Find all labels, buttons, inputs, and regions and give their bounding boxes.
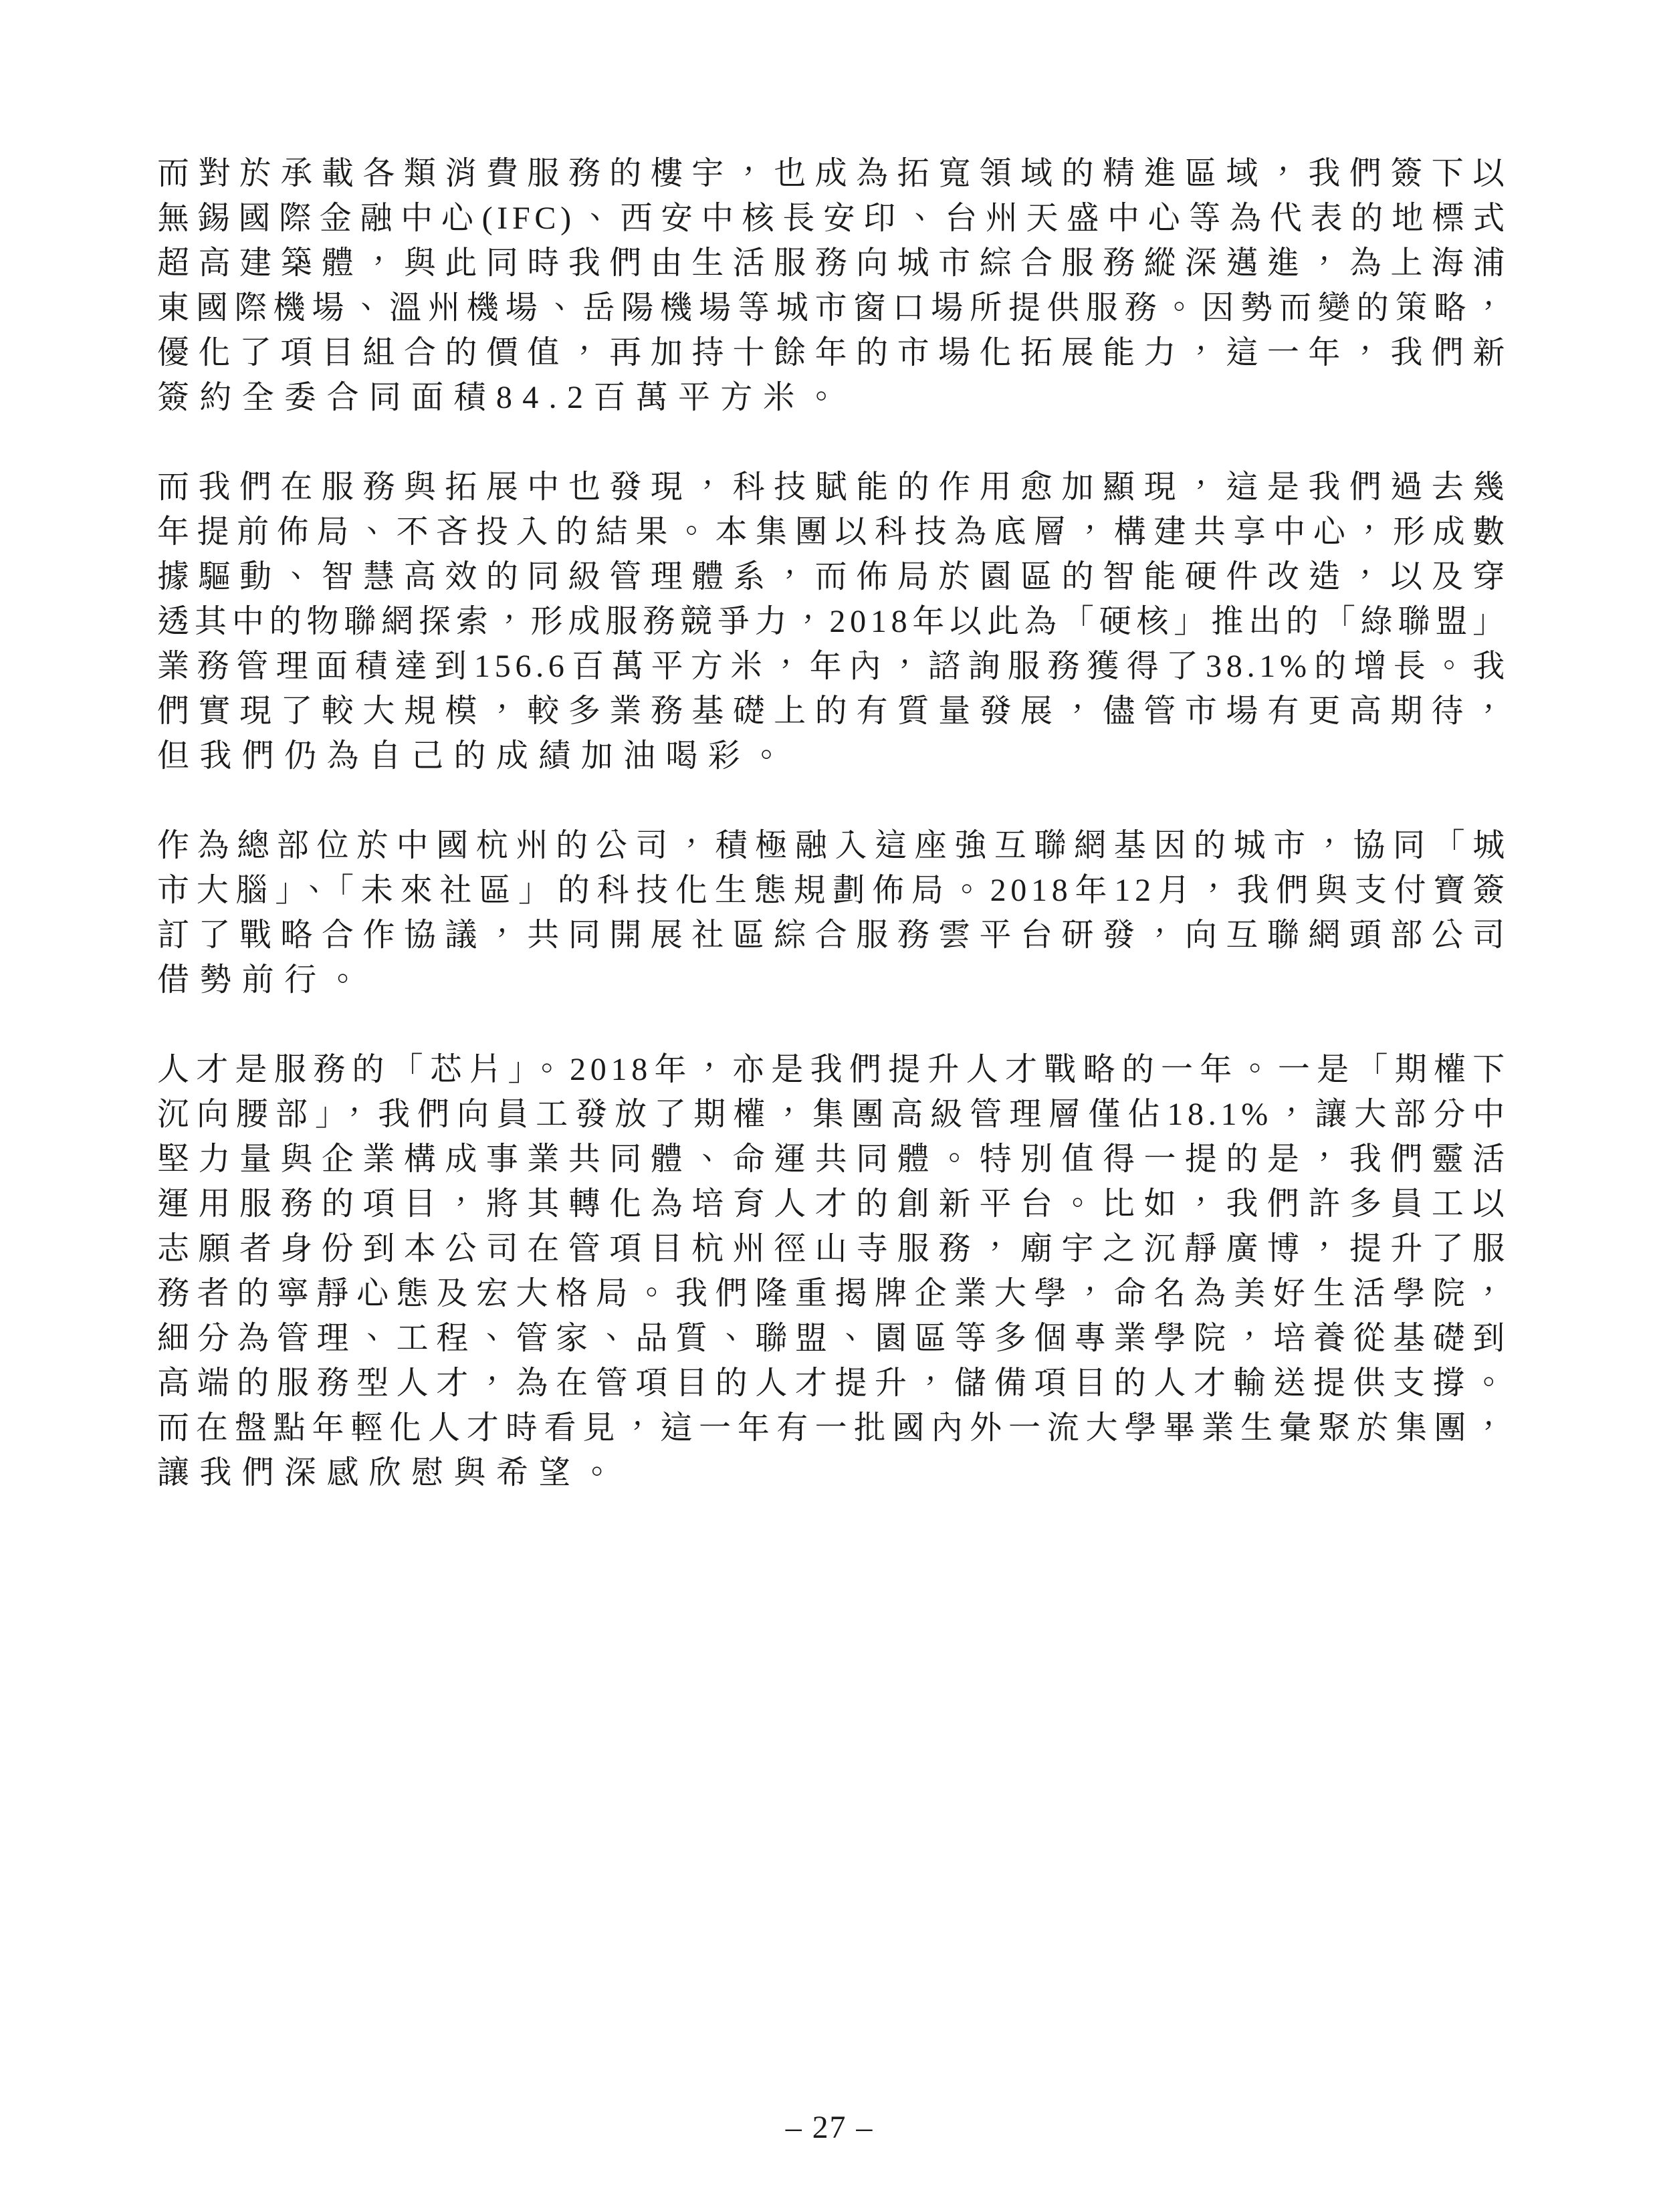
- text-line: 簽約全委合同面積84.2百萬平方米。: [157, 375, 1509, 420]
- text-line: 而我們在服務與拓展中也發現，科技賦能的作用愈加顯現，這是我們過去幾: [157, 465, 1509, 510]
- text-line: 沉向腰部」，我們向員工發放了期權，集團高級管理層僅佔18.1%，讓大部分中: [157, 1092, 1509, 1137]
- text-line: 超高建築體，與此同時我們由生活服務向城市綜合服務縱深邁進，為上海浦: [157, 241, 1509, 286]
- text-line: 年提前佈局、不吝投入的結果。本集團以科技為底層，構建共享中心，形成數: [157, 510, 1509, 554]
- text-line: 借勢前行。: [157, 958, 1509, 1002]
- paragraph-4: 人才是服務的「芯片」。2018年，亦是我們提升人才戰略的一年。一是「期權下 沉向…: [157, 1047, 1509, 1495]
- text-line: 無錫國際金融中心(IFC)、西安中核長安印、台州天盛中心等為代表的地標式: [157, 196, 1509, 241]
- text-line: 而在盤點年輕化人才時看見，這一年有一批國內外一流大學畢業生彙聚於集團，: [157, 1406, 1509, 1450]
- document-page: 而對於承載各類消費服務的樓宇，也成為拓寬領域的精進區域，我們簽下以 無錫國際金融…: [0, 0, 1659, 2212]
- text-line: 東國際機場、溫州機場、岳陽機場等城市窗口場所提供服務。因勢而變的策略，: [157, 286, 1509, 330]
- text-line: 運用服務的項目，將其轉化為培育人才的創新平台。比如，我們許多員工以: [157, 1182, 1509, 1226]
- text-line: 但我們仍為自己的成績加油喝彩。: [157, 734, 1509, 778]
- paragraph-1: 而對於承載各類消費服務的樓宇，也成為拓寬領域的精進區域，我們簽下以 無錫國際金融…: [157, 151, 1509, 420]
- text-line: 業務管理面積達到156.6百萬平方米，年內，諮詢服務獲得了38.1%的增長。我: [157, 644, 1509, 689]
- text-line: 據驅動、智慧高效的同級管理體系，而佈局於園區的智能硬件改造，以及穿: [157, 554, 1509, 599]
- text-line: 志願者身份到本公司在管項目杭州徑山寺服務，廟宇之沉靜廣博，提升了服: [157, 1226, 1509, 1271]
- paragraph-3: 作為總部位於中國杭州的公司，積極融入這座強互聯網基因的城市，協同「城 市大腦」、…: [157, 823, 1509, 1002]
- text-line: 務者的寧靜心態及宏大格局。我們隆重揭牌企業大學，命名為美好生活學院，: [157, 1271, 1509, 1316]
- page-number: – 27 –: [0, 2105, 1659, 2150]
- text-line: 市大腦」、「未來社區」的科技化生態規劃佈局。2018年12月，我們與支付寶簽: [157, 868, 1509, 913]
- text-line: 讓我們深感欣慰與希望。: [157, 1450, 1509, 1495]
- text-line: 堅力量與企業構成事業共同體、命運共同體。特別值得一提的是，我們靈活: [157, 1137, 1509, 1182]
- text-line: 們實現了較大規模，較多業務基礎上的有質量發展，儘管市場有更高期待，: [157, 689, 1509, 734]
- text-line: 透其中的物聯網探索，形成服務競爭力，2018年以此為「硬核」推出的「綠聯盟」: [157, 599, 1509, 644]
- text-line: 人才是服務的「芯片」。2018年，亦是我們提升人才戰略的一年。一是「期權下: [157, 1047, 1509, 1092]
- paragraph-2: 而我們在服務與拓展中也發現，科技賦能的作用愈加顯現，這是我們過去幾 年提前佈局、…: [157, 465, 1509, 778]
- text-line: 高端的服務型人才，為在管項目的人才提升，儲備項目的人才輸送提供支撐。: [157, 1361, 1509, 1406]
- text-line: 優化了項目組合的價值，再加持十餘年的市場化拓展能力，這一年，我們新: [157, 330, 1509, 375]
- text-line: 訂了戰略合作協議，共同開展社區綜合服務雲平台研發，向互聯網頭部公司: [157, 913, 1509, 958]
- text-line: 而對於承載各類消費服務的樓宇，也成為拓寬領域的精進區域，我們簽下以: [157, 151, 1509, 196]
- text-line: 作為總部位於中國杭州的公司，積極融入這座強互聯網基因的城市，協同「城: [157, 823, 1509, 868]
- text-line: 細分為管理、工程、管家、品質、聯盟、園區等多個專業學院，培養從基礎到: [157, 1316, 1509, 1361]
- page-body-text: 而對於承載各類消費服務的樓宇，也成為拓寬領域的精進區域，我們簽下以 無錫國際金融…: [157, 151, 1509, 1495]
